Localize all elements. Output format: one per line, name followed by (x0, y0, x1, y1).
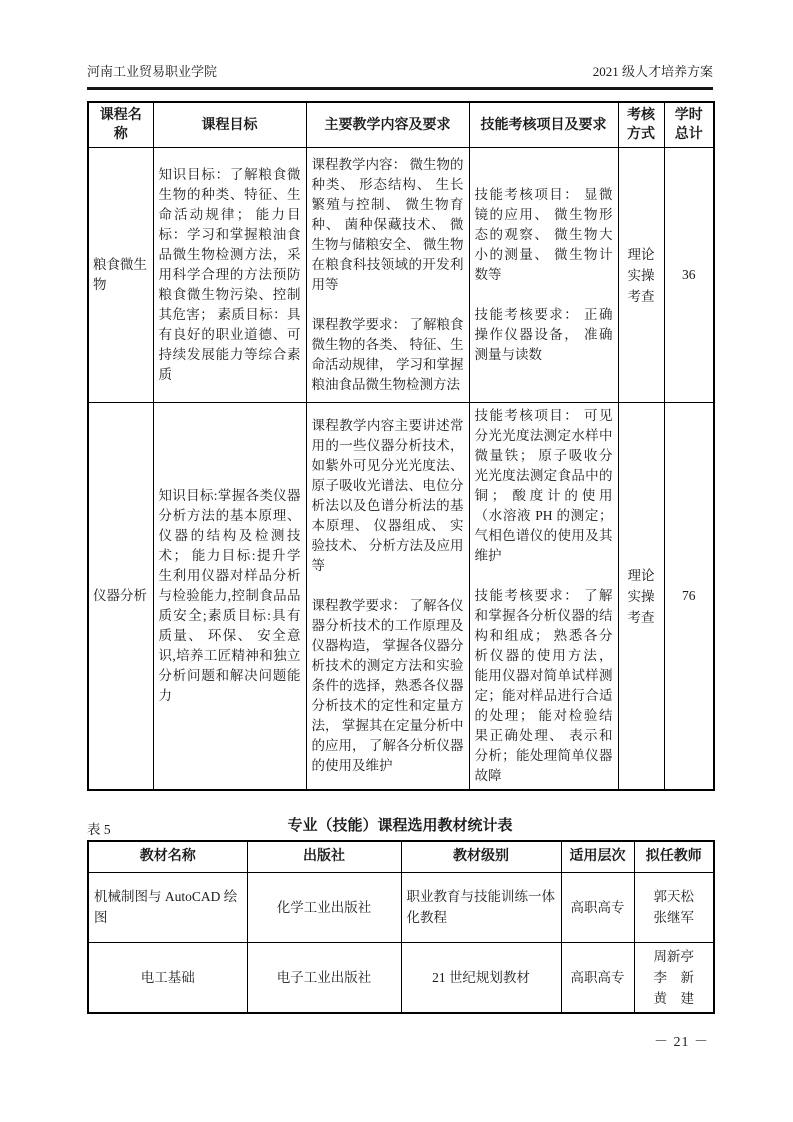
textbook-table-container: 教材名称 出版社 教材级别 适用层次 拟任教师 机械制图与 AutoCAD 绘图… (87, 840, 715, 1014)
method-line: 考查 (621, 286, 662, 307)
method-line: 实操 (621, 265, 662, 286)
course-table: 课程名称 课程目标 主要教学内容及要求 技能考核项目及要求 考核方式 学时总计 … (87, 101, 715, 791)
header-plan-title: 2021 级人才培养方案 (593, 64, 713, 80)
teacher-name: 郭天松 (640, 886, 709, 907)
document-page: 河南工业贸易职业学院 2021 级人才培养方案 课程名称 课程目标 主要教学内容… (0, 0, 793, 1122)
assessment-item-paragraph: 技能考核项目： 显微镜的应用、 微生物形态的观察、 微生物大小的测量、 微生物计… (475, 185, 613, 285)
course-row-instrumental-analysis: 仪器分析 知识目标:掌握各类仪器分析方法的基本原理、仪器的结构及检测技术； 能力… (88, 403, 714, 791)
skill-assessment-cell: 技能考核项目： 可见分光光度法测定水样中微量铁； 原子吸收分光光度法测定食品中的… (469, 403, 618, 791)
col-header-teaching-content: 主要教学内容及要求 (306, 102, 469, 148)
assessment-method-cell: 理论 实操 考查 (618, 403, 664, 791)
assessment-method-cell: 理论 实操 考查 (618, 148, 664, 403)
course-table-header-row: 课程名称 课程目标 主要教学内容及要求 技能考核项目及要求 考核方式 学时总计 (88, 102, 714, 148)
col-header-total-hours: 学时总计 (664, 102, 714, 148)
applicable-level-cell: 高职高专 (561, 872, 634, 942)
assessment-item-paragraph: 技能考核项目： 可见分光光度法测定水样中微量铁； 原子吸收分光光度法测定食品中的… (475, 406, 613, 566)
textbook-row-electrical-basics: 电工基础 电子工业出版社 21 世纪规划教材 高职高专 周新亭 李 新 黄 建 (88, 942, 714, 1013)
header-rule (87, 87, 713, 90)
publisher-cell: 电子工业出版社 (247, 942, 401, 1013)
skill-assessment-cell: 技能考核项目： 显微镜的应用、 微生物形态的观察、 微生物大小的测量、 微生物计… (469, 148, 618, 403)
method-line: 实操 (621, 586, 662, 607)
textbook-level-cell: 21 世纪规划教材 (401, 942, 561, 1013)
course-objectives-cell: 知识目标:掌握各类仪器分析方法的基本原理、仪器的结构及检测技术； 能力目标:提升… (153, 403, 306, 791)
method-line: 理论 (621, 244, 662, 265)
textbook-table: 教材名称 出版社 教材级别 适用层次 拟任教师 机械制图与 AutoCAD 绘图… (87, 840, 715, 1014)
course-name-cell: 仪器分析 (88, 403, 153, 791)
teaching-content-cell: 课程教学内容主要讲述常用的一些仪器分析技术， 如紫外可见分光光度法、 原子吸收光… (306, 403, 469, 791)
teacher-name: 黄 建 (640, 988, 709, 1009)
textbook-name-cell: 机械制图与 AutoCAD 绘图 (88, 872, 247, 942)
total-hours-cell: 36 (664, 148, 714, 403)
applicable-level-cell: 高职高专 (561, 942, 634, 1013)
col-header-textbook-name: 教材名称 (88, 841, 247, 872)
teaching-content-paragraph: 课程教学内容主要讲述常用的一些仪器分析技术， 如紫外可见分光光度法、 原子吸收光… (312, 416, 464, 576)
col-header-textbook-level: 教材级别 (401, 841, 561, 872)
col-header-applicable-level: 适用层次 (561, 841, 634, 872)
col-header-skill-assessment: 技能考核项目及要求 (469, 102, 618, 148)
teaching-content-cell: 课程教学内容： 微生物的种类、 形态结构、 生长繁殖与控制、 微生物育种、 菌种… (306, 148, 469, 403)
course-name-cell: 粮食微生物 (88, 148, 153, 403)
col-header-assessment-method: 考核方式 (618, 102, 664, 148)
assigned-teacher-cell: 郭天松 张继军 (634, 872, 714, 942)
col-header-publisher: 出版社 (247, 841, 401, 872)
page-number: － 21 － (654, 1031, 709, 1051)
assigned-teacher-cell: 周新亭 李 新 黄 建 (634, 942, 714, 1013)
teacher-name: 李 新 (640, 967, 709, 988)
method-line: 理论 (621, 565, 662, 586)
teacher-name: 周新亭 (640, 946, 709, 967)
textbook-level-cell: 职业教育与技能训练一体化教程 (401, 872, 561, 942)
textbook-row-mechanical-drawing: 机械制图与 AutoCAD 绘图 化学工业出版社 职业教育与技能训练一体化教程 … (88, 872, 714, 942)
header-school-name: 河南工业贸易职业学院 (87, 64, 217, 80)
teaching-requirement-paragraph: 课程教学要求： 了解各仪器分析技术的工作原理及仪器构造， 掌握各仪器分析技术的测… (312, 596, 464, 776)
textbook-name-cell: 电工基础 (88, 942, 247, 1013)
table5-title: 专业（技能）课程选用教材统计表 (87, 815, 713, 837)
col-header-course-name: 课程名称 (88, 102, 153, 148)
teaching-content-paragraph: 课程教学内容： 微生物的种类、 形态结构、 生长繁殖与控制、 微生物育种、 菌种… (312, 155, 464, 295)
table5-label: 表 5 (87, 818, 111, 838)
course-table-container: 课程名称 课程目标 主要教学内容及要求 技能考核项目及要求 考核方式 学时总计 … (87, 101, 715, 791)
course-row-grain-microbiology: 粮食微生物 知识目标：了解粮食微生物的种类、特征、生命活动规律； 能力目标：学习… (88, 148, 714, 403)
assessment-requirement-paragraph: 技能考核要求： 正确操作仪器设备， 准确测量与读数 (475, 305, 613, 365)
teaching-requirement-paragraph: 课程教学要求： 了解粮食微生物的各类、 特征、生命活动规律， 学习和掌握粮油食品… (312, 315, 464, 395)
publisher-cell: 化学工业出版社 (247, 872, 401, 942)
teacher-name: 张继军 (640, 907, 709, 928)
running-header: 河南工业贸易职业学院 2021 级人才培养方案 (87, 64, 713, 80)
table5-caption: 表 5 专业（技能）课程选用教材统计表 (87, 815, 713, 837)
assessment-requirement-paragraph: 技能考核要求： 了解和掌握各分析仪器的结构和组成； 熟悉各分析仪器的使用方法， … (475, 586, 613, 786)
method-line: 考查 (621, 607, 662, 628)
course-objectives-cell: 知识目标：了解粮食微生物的种类、特征、生命活动规律； 能力目标：学习和掌握粮油食… (153, 148, 306, 403)
col-header-course-objectives: 课程目标 (153, 102, 306, 148)
textbook-table-header-row: 教材名称 出版社 教材级别 适用层次 拟任教师 (88, 841, 714, 872)
total-hours-cell: 76 (664, 403, 714, 791)
col-header-assigned-teacher: 拟任教师 (634, 841, 714, 872)
